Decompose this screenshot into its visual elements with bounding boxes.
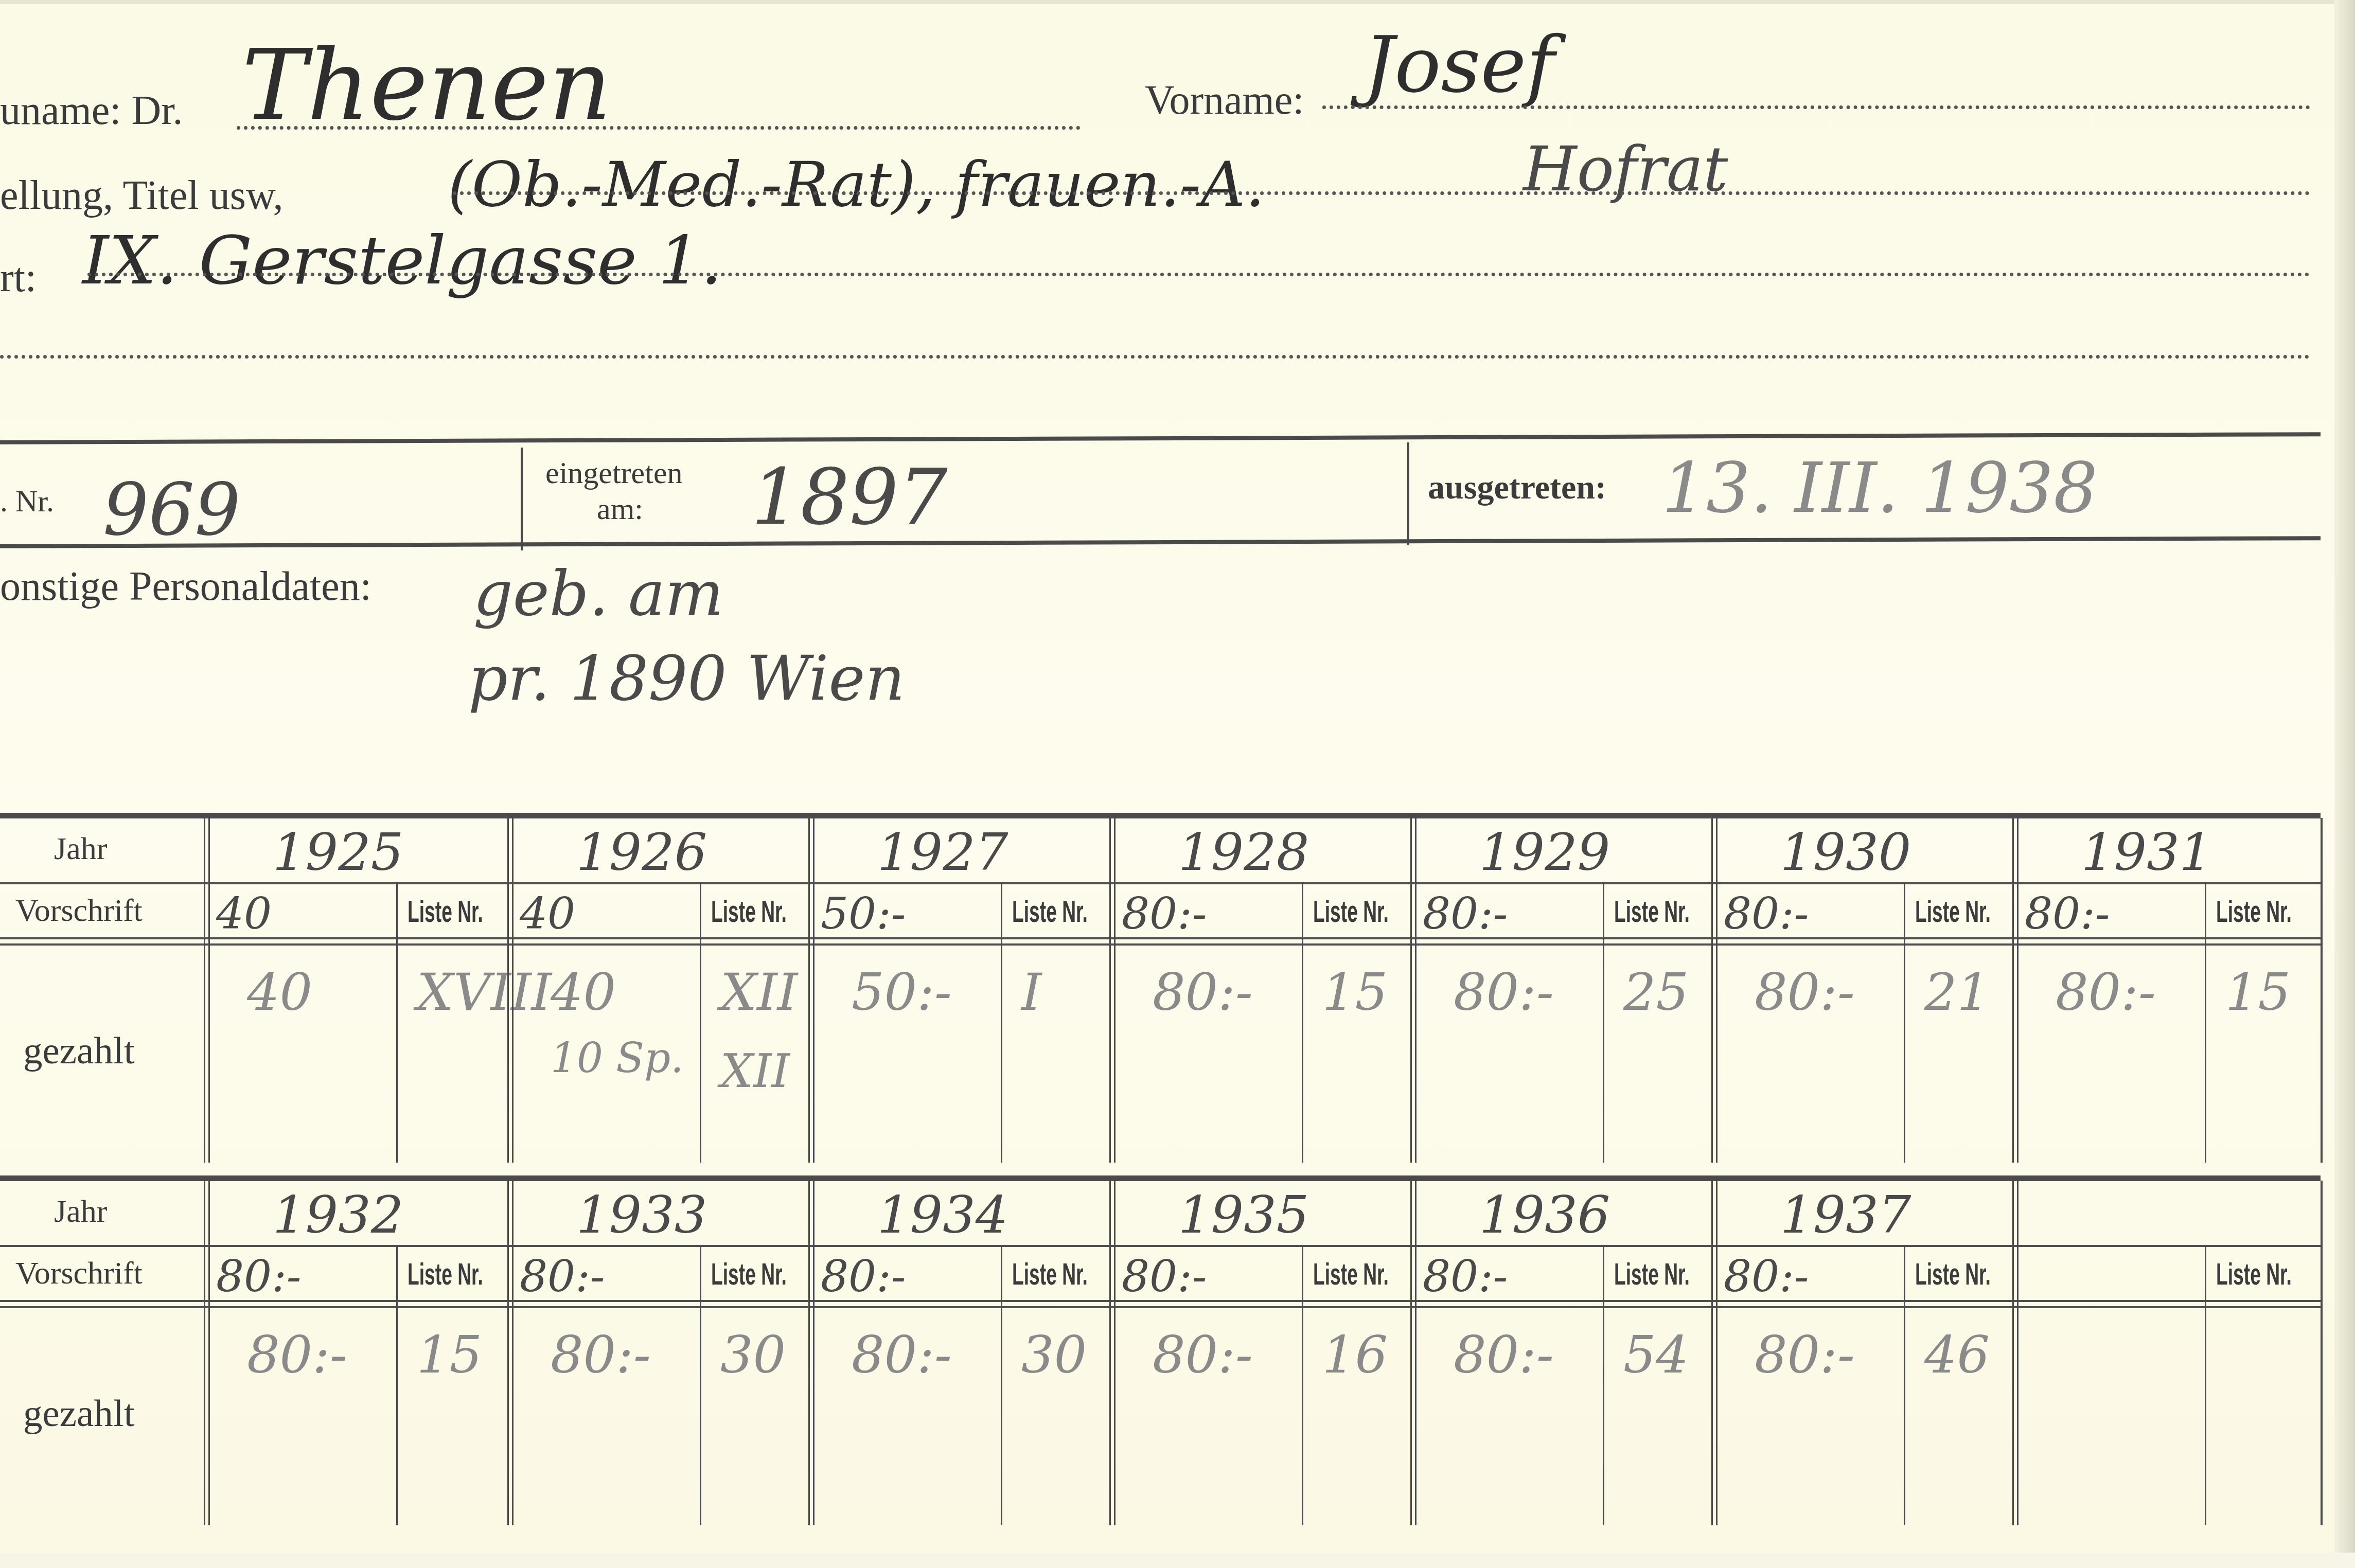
table1-paid-value: 40 bbox=[247, 962, 312, 1022]
table2-list-divider bbox=[1001, 1245, 1002, 1525]
left-label: ausgetreten: bbox=[1428, 468, 1606, 507]
left-value: 13. III. 1938 bbox=[1662, 448, 2098, 528]
table1-list-no-value: I bbox=[1021, 962, 1042, 1022]
table2-year-rule bbox=[0, 1245, 2321, 1247]
table2-year-divider bbox=[507, 1181, 514, 1525]
member-number-label: . Nr. bbox=[0, 484, 54, 519]
table2-list-divider bbox=[1904, 1245, 1905, 1525]
table1-year-divider bbox=[2012, 818, 2018, 1163]
address-label: rt: bbox=[0, 255, 37, 301]
table2-year-value: 1933 bbox=[576, 1185, 707, 1245]
table1-list-no-header: Liste Nr. bbox=[1313, 894, 1389, 929]
position-label: ellung, Titel usw, bbox=[0, 172, 283, 219]
card-top-edge bbox=[0, 0, 2355, 4]
table1-list-no-header: Liste Nr. bbox=[1012, 894, 1088, 929]
member-record-card: uname: Dr. Thenen Vorname: Josef ellung,… bbox=[0, 0, 2355, 1568]
table1-year-rule bbox=[0, 882, 2321, 884]
position-line bbox=[453, 191, 2310, 195]
table2-year-divider bbox=[1109, 1181, 1115, 1525]
table2-year-value: 1934 bbox=[877, 1185, 1008, 1245]
table1-list-divider bbox=[1603, 882, 1604, 1163]
table1-list-divider bbox=[1001, 882, 1002, 1163]
table2-year-divider bbox=[808, 1181, 814, 1525]
address-line bbox=[87, 273, 2310, 276]
table2-paid-value: 80:- bbox=[1454, 1325, 1554, 1385]
table1-prescribed-value: 80:- bbox=[1724, 888, 1809, 939]
table2-prescribed-value: 80:- bbox=[1423, 1251, 1508, 1302]
table1-paid-value: 80:- bbox=[1454, 962, 1554, 1022]
firstname-label: Vorname: bbox=[1145, 77, 1304, 124]
table1-list-no-value: 21 bbox=[1924, 962, 1990, 1022]
table2-list-divider bbox=[1302, 1245, 1303, 1525]
table2-paid-value: 80:- bbox=[852, 1325, 952, 1385]
position-value: (Ob.-Med.-Rat), frauen.-A. bbox=[448, 149, 1265, 221]
firstname-value: Josef bbox=[1364, 21, 1555, 110]
table2-year-divider bbox=[1711, 1181, 1717, 1525]
membership-divider-2 bbox=[1407, 442, 1409, 545]
table1-prescribed-rule-b bbox=[0, 943, 2321, 946]
table2-paid-value: 80:- bbox=[551, 1325, 651, 1385]
table2-list-divider bbox=[396, 1245, 398, 1525]
blank-line bbox=[0, 355, 2310, 359]
table2-list-no-header: Liste Nr. bbox=[1614, 1256, 1690, 1292]
table1-prescribed-value: 80:- bbox=[2025, 888, 2110, 939]
table2-paid-label: gezahlt bbox=[23, 1392, 135, 1436]
membership-bottom-rule bbox=[0, 536, 2321, 548]
table1-year-value: 1929 bbox=[1479, 822, 1610, 882]
table2-year-divider bbox=[204, 1181, 210, 1525]
member-number-value: 969 bbox=[103, 468, 240, 552]
table1-right-edge bbox=[2321, 818, 2323, 1163]
table2-year-divider bbox=[2012, 1181, 2018, 1525]
table1-paid-value: 40 bbox=[551, 962, 616, 1022]
table1-list-no-value: 15 bbox=[2225, 962, 2291, 1022]
table1-list-no-header: Liste Nr. bbox=[711, 894, 787, 929]
table2-list-no-value: 15 bbox=[417, 1325, 482, 1385]
table2-list-no-header: Liste Nr. bbox=[2216, 1256, 2292, 1292]
table2-top-rule bbox=[0, 1175, 2321, 1181]
surname-label: uname: Dr. bbox=[0, 87, 183, 134]
table1-list-divider bbox=[700, 882, 701, 1163]
table2-list-no-header: Liste Nr. bbox=[711, 1256, 787, 1292]
surname-line bbox=[237, 126, 1081, 130]
table2-list-divider bbox=[1603, 1245, 1604, 1525]
table1-paid-value: 80:- bbox=[2056, 962, 2156, 1022]
table2-list-no-value: 54 bbox=[1623, 1325, 1689, 1385]
table1-paid-extra: 10 Sp. bbox=[551, 1034, 684, 1082]
table2-year-value: 1937 bbox=[1780, 1185, 1911, 1245]
table1-prescribed-value: 40 bbox=[520, 888, 575, 939]
table1-list-no-extra: XII bbox=[720, 1044, 790, 1098]
table1-year-divider bbox=[1410, 818, 1416, 1163]
table2-year-value: 1936 bbox=[1479, 1185, 1610, 1245]
table1-list-no-value: 25 bbox=[1623, 962, 1689, 1022]
table1-year-divider bbox=[1711, 818, 1717, 1163]
table2-year-value: 1932 bbox=[273, 1185, 404, 1245]
table2-paid-value: 80:- bbox=[1153, 1325, 1253, 1385]
table2-year-value: 1935 bbox=[1178, 1185, 1309, 1245]
card-right-edge bbox=[2334, 0, 2355, 1568]
table2-year-label: Jahr bbox=[54, 1193, 107, 1230]
table1-list-no-value: XII bbox=[720, 962, 798, 1022]
table1-year-value: 1926 bbox=[576, 822, 707, 882]
table1-prescribed-value: 80:- bbox=[1122, 888, 1207, 939]
table1-list-divider bbox=[396, 882, 398, 1163]
firstname-line bbox=[1322, 105, 2310, 109]
joined-label-1: eingetreten bbox=[545, 455, 683, 491]
table1-paid-value: 80:- bbox=[1755, 962, 1855, 1022]
table1-year-label: Jahr bbox=[54, 831, 107, 867]
table1-paid-value: 50:- bbox=[852, 962, 952, 1022]
table2-prescribed-value: 80:- bbox=[821, 1251, 906, 1302]
surname-value: Thenen bbox=[242, 28, 612, 142]
personal-data-line2: pr. 1890 Wien bbox=[468, 643, 905, 715]
table1-year-divider bbox=[507, 818, 514, 1163]
table1-year-value: 1925 bbox=[273, 822, 404, 882]
table1-year-divider bbox=[204, 818, 210, 1163]
table2-list-no-header: Liste Nr. bbox=[408, 1256, 483, 1292]
table1-list-no-value: XVIII bbox=[417, 962, 552, 1022]
table1-list-divider bbox=[2205, 882, 2206, 1163]
joined-label-2: am: bbox=[597, 491, 643, 527]
table1-year-value: 1928 bbox=[1178, 822, 1309, 882]
table1-list-no-value: 15 bbox=[1322, 962, 1388, 1022]
table2-list-divider bbox=[700, 1245, 701, 1525]
personal-data-line1: geb. am bbox=[473, 558, 723, 630]
joined-value: 1897 bbox=[751, 453, 948, 542]
table1-list-no-header: Liste Nr. bbox=[1915, 894, 1991, 929]
table2-paid-value: 80:- bbox=[247, 1325, 347, 1385]
membership-divider-1 bbox=[521, 448, 523, 550]
table2-paid-value: 80:- bbox=[1755, 1325, 1855, 1385]
table1-paid-value: 80:- bbox=[1153, 962, 1253, 1022]
membership-top-rule bbox=[0, 432, 2321, 444]
table1-list-divider bbox=[1904, 882, 1905, 1163]
table2-prescribed-label: Vorschrift bbox=[15, 1255, 143, 1292]
table2-prescribed-value: 80:- bbox=[1122, 1251, 1207, 1302]
table1-prescribed-value: 80:- bbox=[1423, 888, 1508, 939]
table1-year-value: 1930 bbox=[1780, 822, 1911, 882]
table2-list-no-value: 16 bbox=[1322, 1325, 1388, 1385]
table2-year-divider bbox=[1410, 1181, 1416, 1525]
table2-list-divider bbox=[2205, 1245, 2206, 1525]
table2-prescribed-value: 80:- bbox=[1724, 1251, 1809, 1302]
table1-list-divider bbox=[1302, 882, 1303, 1163]
table2-list-no-header: Liste Nr. bbox=[1012, 1256, 1088, 1292]
table1-prescribed-value: 50:- bbox=[821, 888, 906, 939]
table2-prescribed-rule-b bbox=[0, 1306, 2321, 1308]
table1-list-no-header: Liste Nr. bbox=[2216, 894, 2292, 929]
table2-right-edge bbox=[2321, 1181, 2323, 1525]
table1-year-value: 1927 bbox=[877, 822, 1008, 882]
table2-prescribed-value: 80:- bbox=[520, 1251, 605, 1302]
table2-list-no-header: Liste Nr. bbox=[1915, 1256, 1991, 1292]
table1-year-value: 1931 bbox=[2081, 822, 2212, 882]
table2-list-no-value: 30 bbox=[720, 1325, 786, 1385]
table1-year-divider bbox=[808, 818, 814, 1163]
personal-data-label: onstige Personaldaten: bbox=[0, 563, 371, 610]
table1-paid-label: gezahlt bbox=[23, 1029, 135, 1073]
table2-prescribed-value: 80:- bbox=[216, 1251, 302, 1302]
table1-prescribed-value: 40 bbox=[216, 888, 272, 939]
table2-list-no-header: Liste Nr. bbox=[1313, 1256, 1389, 1292]
card-bottom-edge bbox=[0, 1553, 2355, 1568]
table1-list-no-header: Liste Nr. bbox=[408, 894, 483, 929]
table2-list-no-value: 46 bbox=[1924, 1325, 1990, 1385]
address-value: IX. Gerstelgasse 1. bbox=[82, 221, 722, 299]
table1-list-no-header: Liste Nr. bbox=[1614, 894, 1690, 929]
table1-top-rule bbox=[0, 813, 2321, 818]
table1-prescribed-label: Vorschrift bbox=[15, 893, 143, 929]
table2-list-no-value: 30 bbox=[1021, 1325, 1087, 1385]
table1-year-divider bbox=[1109, 818, 1115, 1163]
